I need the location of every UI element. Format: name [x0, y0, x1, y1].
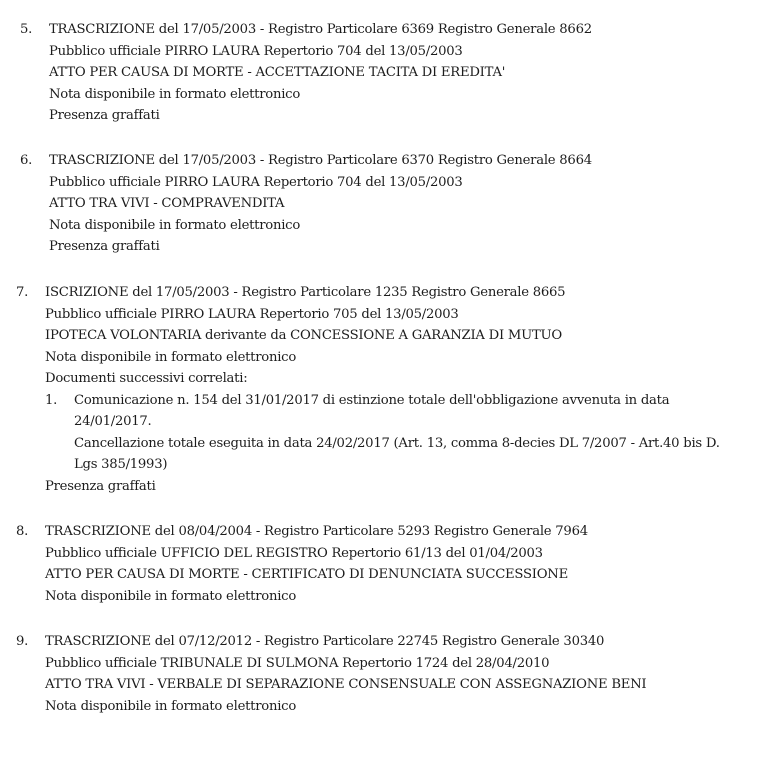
entry-act-type: ATTO PER CAUSA DI MORTE - CERTIFICATO DI… [45, 564, 760, 586]
entry-act-type: ATTO PER CAUSA DI MORTE - ACCETTAZIONE T… [49, 62, 760, 84]
entry-header: TRASCRIZIONE del 17/05/2003 - Registro P… [49, 150, 760, 172]
related-document-cancellation-law: Lgs 385/1993) [74, 454, 760, 476]
entry-lines: ISCRIZIONE del 17/05/2003 - Registro Par… [45, 282, 760, 497]
entry-note-availability: Nota disponibile in formato elettronico [45, 347, 760, 369]
entry-staples: Presenza graffati [45, 476, 760, 498]
entry-header: TRASCRIZIONE del 17/05/2003 - Registro P… [49, 19, 760, 41]
related-document-communication-date: 24/01/2017. [74, 411, 760, 433]
entry-number: 8. [16, 521, 36, 542]
entry-number: 9. [16, 631, 36, 652]
related-document-lines: Comunicazione n. 154 del 31/01/2017 di e… [74, 390, 760, 476]
entry-note-availability: Nota disponibile in formato elettronico [45, 586, 760, 608]
entry-number: 5. [20, 19, 40, 40]
entry-public-official: Pubblico ufficiale PIRRO LAURA Repertori… [45, 304, 760, 326]
entry-act-type: ATTO TRA VIVI - VERBALE DI SEPARAZIONE C… [45, 674, 760, 696]
entry-act-type: IPOTECA VOLONTARIA derivante da CONCESSI… [45, 325, 760, 347]
entry-lines: TRASCRIZIONE del 17/05/2003 - Registro P… [49, 19, 760, 127]
entry-note-availability: Nota disponibile in formato elettronico [49, 215, 760, 237]
entry-staples: Presenza graffati [49, 105, 760, 127]
entry-public-official: Pubblico ufficiale PIRRO LAURA Repertori… [49, 41, 760, 63]
entry-header: TRASCRIZIONE del 08/04/2004 - Registro P… [45, 521, 760, 543]
related-document-cancellation: Cancellazione totale eseguita in data 24… [74, 433, 760, 455]
entry-header: TRASCRIZIONE del 07/12/2012 - Registro P… [45, 631, 760, 653]
entry-note-availability: Nota disponibile in formato elettronico [45, 696, 760, 718]
related-documents-label: Documenti successivi correlati: [45, 368, 760, 390]
entry-lines: TRASCRIZIONE del 08/04/2004 - Registro P… [45, 521, 760, 607]
entry-number: 6. [20, 150, 40, 171]
entry-lines: TRASCRIZIONE del 17/05/2003 - Registro P… [49, 150, 760, 258]
entry-number: 7. [16, 282, 36, 303]
related-document-number: 1. [45, 390, 57, 412]
entry-header: ISCRIZIONE del 17/05/2003 - Registro Par… [45, 282, 760, 304]
entry-act-type: ATTO TRA VIVI - COMPRAVENDITA [49, 193, 760, 215]
entry-public-official: Pubblico ufficiale TRIBUNALE DI SULMONA … [45, 653, 760, 675]
entry-public-official: Pubblico ufficiale PIRRO LAURA Repertori… [49, 172, 760, 194]
entry-staples: Presenza graffati [49, 236, 760, 258]
entry-note-availability: Nota disponibile in formato elettronico [49, 84, 760, 106]
entry-lines: TRASCRIZIONE del 07/12/2012 - Registro P… [45, 631, 760, 717]
related-document-item: 1. Comunicazione n. 154 del 31/01/2017 d… [45, 390, 760, 476]
entry-public-official: Pubblico ufficiale UFFICIO DEL REGISTRO … [45, 543, 760, 565]
related-document-communication: Comunicazione n. 154 del 31/01/2017 di e… [74, 390, 760, 412]
